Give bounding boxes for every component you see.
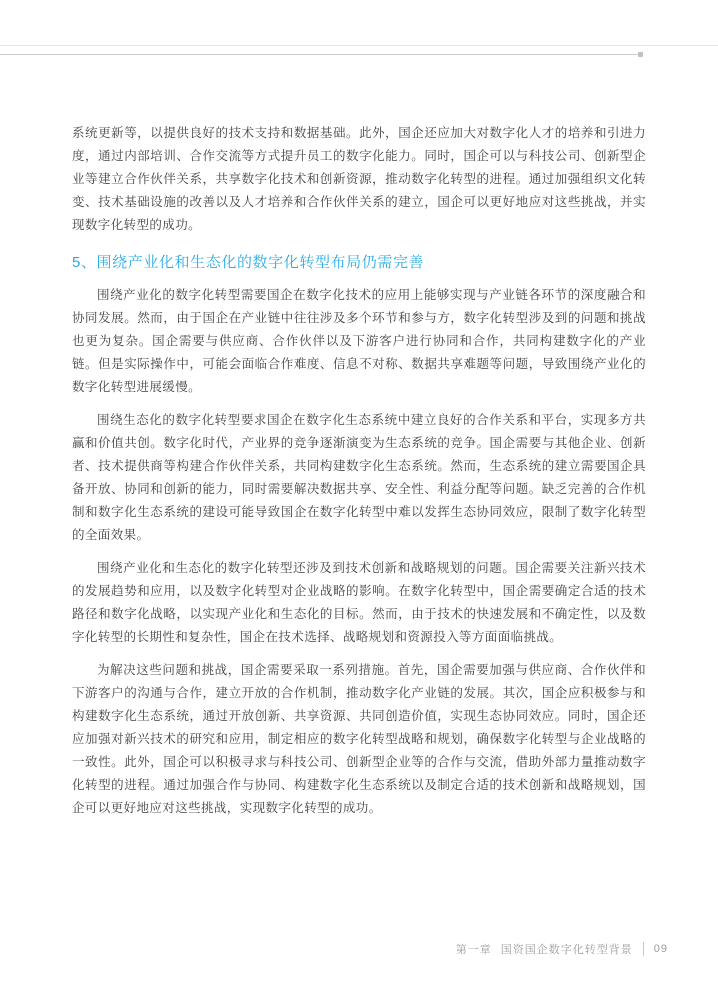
- page-content: 系统更新等，以提供良好的技术支持和数据基础。此外，国企还应加大对数字化人才的培养…: [72, 122, 646, 830]
- paragraph-intro: 系统更新等，以提供良好的技术支持和数据基础。此外，国企还应加大对数字化人才的培养…: [72, 122, 646, 237]
- page-footer: 第一章 国资国企数字化转型背景 09: [456, 941, 668, 957]
- footer-page-number: 09: [654, 943, 668, 955]
- paragraph-tech-strategy: 围绕产业化和生态化的数字化转型还涉及到技术创新和战略规划的问题。国企需要关注新兴…: [72, 557, 646, 649]
- section-heading: 5、围绕产业化和生态化的数字化转型布局仍需完善: [72, 252, 646, 273]
- footer-chapter-title: 国资国企数字化转型背景: [501, 941, 633, 957]
- footer-chapter-label: 第一章: [456, 941, 492, 957]
- header-rule-full: [0, 45, 718, 46]
- document-page: 系统更新等，以提供良好的技术支持和数据基础。此外，国企还应加大对数字化人才的培养…: [0, 0, 718, 982]
- paragraph-measures: 为解决这些问题和挑战，国企需要采取一系列措施。首先，国企需要加强与供应商、合作伙…: [72, 659, 646, 820]
- rule-end-dot-icon: [638, 52, 643, 57]
- paragraph-industrialization: 围绕产业化的数字化转型需要国企在数字化技术的应用上能够实现与产业链各环节的深度融…: [72, 284, 646, 399]
- header-rule-accent: [0, 54, 641, 55]
- footer-divider: [643, 942, 644, 956]
- paragraph-ecologization: 围绕生态化的数字化转型要求国企在数字化生态系统中建立良好的合作关系和平台，实现多…: [72, 409, 646, 547]
